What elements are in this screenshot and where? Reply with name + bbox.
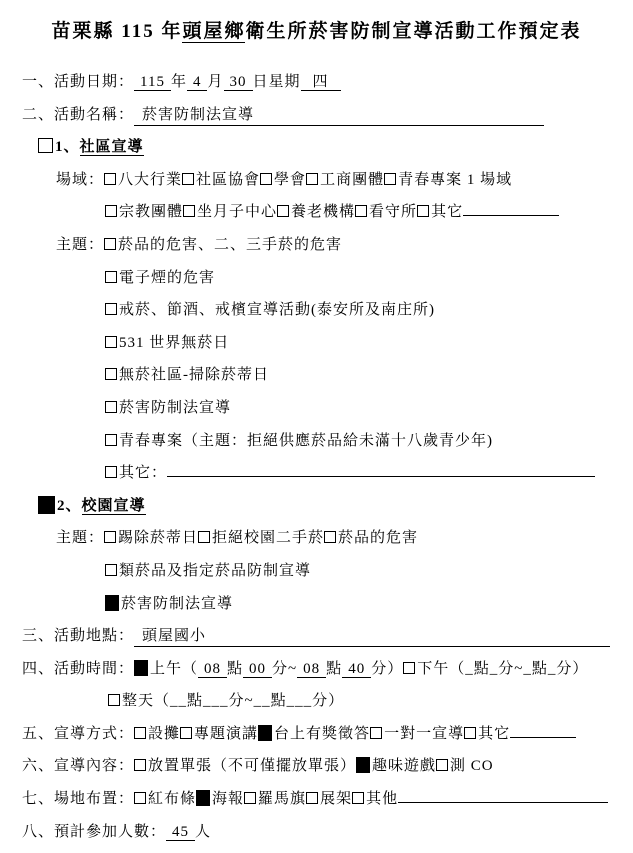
- option-religious-group: 宗教團體: [105, 204, 183, 220]
- option-butt-sweep-day: 無菸社區-掃除菸蒂日: [105, 367, 269, 383]
- community-venue-row1: 場域：八大行業社區協會學會工商團體青春專案 1 場域: [56, 164, 633, 197]
- option-method-other: 其它: [464, 726, 510, 742]
- option-label: 放置單張（不可僅擺放單張）: [148, 758, 356, 774]
- option-label: 青春專案 1 場域: [398, 172, 512, 188]
- morning-end-hour-field[interactable]: 08: [297, 661, 326, 678]
- topic-other-field[interactable]: [167, 462, 595, 477]
- checkbox[interactable]: [258, 725, 272, 741]
- date-year-field[interactable]: 115: [134, 74, 171, 91]
- option-place-other: 其他: [352, 791, 398, 807]
- participants-label: 八、預計參加人數：: [22, 824, 166, 840]
- page-title: 苗栗縣 115 年頭屋鄉衛生所菸害防制宣導活動工作預定表: [0, 0, 633, 66]
- option-label: 趣味遊戲: [372, 758, 436, 774]
- checkbox[interactable]: [355, 205, 367, 217]
- option-tobacco-act-school: 菸害防制法宣導: [105, 596, 233, 612]
- morning-suffix: 分）: [371, 661, 403, 677]
- checkbox[interactable]: [324, 531, 336, 543]
- option-refuse-secondhand: 拒絕校園二手菸: [198, 530, 324, 546]
- checkbox[interactable]: [105, 595, 119, 611]
- morning-checkbox[interactable]: [134, 660, 148, 676]
- option-co-test: 測 CO: [436, 758, 494, 774]
- option-tobacco-harm: 菸品的危害: [324, 530, 418, 546]
- checkbox[interactable]: [105, 205, 117, 217]
- checkbox[interactable]: [104, 238, 116, 250]
- activity-name-field[interactable]: 菸害防制法宣導: [134, 104, 544, 126]
- venue-other-field[interactable]: [463, 201, 559, 216]
- option-youth-project: 青春專案 1 場域: [384, 172, 512, 188]
- option-red-banner: 紅布條: [134, 791, 196, 807]
- checkbox[interactable]: [352, 792, 364, 804]
- community-topic-row-2: 戒菸、節酒、戒檳宣導活動(泰安所及南庄所): [105, 294, 633, 327]
- option-topic-other: 其它：: [105, 465, 167, 481]
- morning-end-min-field[interactable]: 40: [342, 661, 371, 678]
- option-stage-quiz: 台上有獎徵答: [258, 726, 370, 742]
- section-community-heading: 1、社區宣導: [38, 131, 633, 164]
- community-venue-row2: 宗教團體坐月子中心養老機構看守所其它: [105, 196, 633, 229]
- community-number: 1、: [55, 139, 80, 155]
- community-checkbox[interactable]: [38, 138, 53, 153]
- option-lecture: 專題演講: [180, 726, 258, 742]
- time-line: 四、活動時間：上午（08點00分~08點40分）下午（_點_分~_點_分）: [22, 653, 633, 686]
- checkbox[interactable]: [105, 434, 117, 446]
- content-label: 六、宣導內容：: [22, 758, 134, 774]
- option-label: 養老機構: [291, 204, 355, 220]
- option-booth: 設攤: [134, 726, 180, 742]
- content-line: 六、宣導內容：放置單張（不可僅擺放單張）趣味遊戲測 CO: [22, 750, 633, 783]
- option-label: 一對一宣導: [384, 726, 464, 742]
- option-label: 類菸品及指定菸品防制宣導: [119, 563, 311, 579]
- option-society: 學會: [260, 172, 306, 188]
- school-heading-text: 校園宣導: [82, 498, 146, 515]
- school-topic-row-2: 類菸品及指定菸品防制宣導: [105, 555, 633, 588]
- checkbox[interactable]: [198, 531, 210, 543]
- option-label: 宗教團體: [119, 204, 183, 220]
- option-label: 紅布條: [148, 791, 196, 807]
- option-tobacco-harms: 菸品的危害、二、三手菸的危害: [104, 237, 342, 253]
- day-unit: 日星期: [253, 74, 301, 90]
- participants-line: 八、預計參加人數：45人: [22, 816, 633, 849]
- min-tilde: 分~: [272, 661, 297, 677]
- option-label: 菸害防制法宣導: [121, 596, 233, 612]
- activity-name-line: 二、活動名稱：菸害防制法宣導: [22, 99, 633, 132]
- option-venue-other: 其它: [417, 204, 463, 220]
- option-detention: 看守所: [355, 204, 417, 220]
- hour-unit: 點: [326, 661, 342, 677]
- allday-label: 整天（__點___分~__點___分）: [122, 693, 344, 709]
- title-prefix: 苗栗縣 115 年: [52, 21, 183, 42]
- option-label: 學會: [274, 172, 306, 188]
- date-month-field[interactable]: 4: [187, 74, 208, 91]
- option-label: 菸品的危害: [338, 530, 418, 546]
- option-label: 羅馬旗: [258, 791, 306, 807]
- option-business-group: 工商團體: [306, 172, 384, 188]
- school-number: 2、: [57, 498, 82, 514]
- option-label: 測 CO: [450, 758, 494, 774]
- option-label: 工商團體: [320, 172, 384, 188]
- school-topic-row-1: 主題：踢除菸蒂日拒絕校園二手菸菸品的危害: [56, 522, 633, 555]
- checkbox[interactable]: [104, 531, 116, 543]
- option-display-stand: 展架: [306, 791, 352, 807]
- location-label: 三、活動地點：: [22, 628, 134, 644]
- community-topic-row-6: 青春專案（主題：拒絕供應菸品給未滿十八歲青少年): [105, 425, 633, 458]
- checkbox[interactable]: [105, 564, 117, 576]
- afternoon-checkbox[interactable]: [403, 662, 415, 674]
- method-line: 五、宣導方式：設攤專題演講台上有獎徵答一對一宣導其它: [22, 718, 633, 751]
- checkbox[interactable]: [105, 401, 117, 413]
- option-label: 青春專案（主題：拒絕供應菸品給未滿十八歲青少年): [119, 433, 493, 449]
- checkbox[interactable]: [105, 466, 117, 478]
- option-community-assoc: 社區協會: [182, 172, 260, 188]
- allday-checkbox[interactable]: [108, 694, 120, 706]
- option-label: 菸害防制法宣導: [119, 400, 231, 416]
- checkbox[interactable]: [277, 205, 289, 217]
- checkbox[interactable]: [182, 173, 194, 185]
- morning-prefix: 上午（: [150, 661, 198, 677]
- option-youth-theme: 青春專案（主題：拒絕供應菸品給未滿十八歲青少年): [105, 433, 493, 449]
- date-line: 一、活動日期：115年4月30日星期四: [22, 66, 633, 99]
- topic-label: 主題：: [56, 237, 104, 253]
- place-line: 七、場地布置：紅布條海報羅馬旗展架其他: [22, 783, 633, 816]
- checkbox[interactable]: [196, 790, 210, 806]
- method-label: 五、宣導方式：: [22, 726, 134, 742]
- option-label: 戒菸、節酒、戒檳宣導活動(泰安所及南庄所): [119, 302, 435, 318]
- participants-count-field[interactable]: 45: [166, 824, 195, 841]
- venue-label: 場域：: [56, 172, 104, 188]
- checkbox[interactable]: [306, 173, 318, 185]
- option-label: 踢除菸蒂日: [118, 530, 198, 546]
- location-line: 三、活動地點：頭屋國小: [22, 620, 633, 653]
- community-topic-row-3: 531 世界無菸日: [105, 327, 633, 360]
- option-quit-campaign: 戒菸、節酒、戒檳宣導活動(泰安所及南庄所): [105, 302, 435, 318]
- option-ecig-harms: 電子煙的危害: [105, 270, 215, 286]
- option-label: 展架: [320, 791, 352, 807]
- checkbox[interactable]: [306, 792, 318, 804]
- place-label: 七、場地布置：: [22, 791, 134, 807]
- option-novel-tobacco: 類菸品及指定菸品防制宣導: [105, 563, 311, 579]
- participants-unit: 人: [195, 824, 211, 840]
- option-roman-flag: 羅馬旗: [244, 791, 306, 807]
- checkbox[interactable]: [105, 368, 117, 380]
- document-page: 苗栗縣 115 年頭屋鄉衛生所菸害防制宣導活動工作預定表 一、活動日期：115年…: [0, 0, 633, 853]
- option-label: 菸品的危害、二、三手菸的危害: [118, 237, 342, 253]
- option-label: 坐月子中心: [197, 204, 277, 220]
- afternoon-label: 下午（_點_分~_點_分）: [417, 661, 588, 677]
- option-poster: 海報: [196, 791, 244, 807]
- morning-start-min-field[interactable]: 00: [243, 661, 272, 678]
- date-label: 一、活動日期：: [22, 74, 134, 90]
- allday-row: 整天（__點___分~__點___分）: [108, 685, 633, 718]
- checkbox[interactable]: [134, 727, 146, 739]
- option-one-on-one: 一對一宣導: [370, 726, 464, 742]
- community-topic-row-1: 電子煙的危害: [105, 262, 633, 295]
- option-fun-games: 趣味遊戲: [356, 758, 436, 774]
- option-label: 其他: [366, 791, 398, 807]
- hour-unit: 點: [227, 661, 243, 677]
- checkbox[interactable]: [370, 727, 382, 739]
- month-unit: 月: [207, 74, 223, 90]
- option-kick-butts-day: 踢除菸蒂日: [104, 530, 198, 546]
- checkbox[interactable]: [134, 792, 146, 804]
- title-township: 頭屋鄉: [182, 21, 245, 43]
- location-field[interactable]: 頭屋國小: [134, 625, 610, 647]
- school-checkbox[interactable]: [38, 496, 55, 514]
- option-label: 其它：: [119, 465, 167, 481]
- option-label: 台上有獎徵答: [274, 726, 370, 742]
- option-label: 社區協會: [196, 172, 260, 188]
- community-heading-text: 社區宣導: [80, 139, 144, 156]
- checkbox[interactable]: [105, 336, 117, 348]
- option-label: 設攤: [148, 726, 180, 742]
- option-elder-care: 養老機構: [277, 204, 355, 220]
- community-topic-row-7: 其它：: [105, 457, 633, 490]
- community-topic-row-0: 主題：菸品的危害、二、三手菸的危害: [56, 229, 633, 262]
- option-tobacco-act: 菸害防制法宣導: [105, 400, 231, 416]
- checkbox[interactable]: [180, 727, 192, 739]
- option-label: 拒絕校園二手菸: [212, 530, 324, 546]
- community-topic-row-4: 無菸社區-掃除菸蒂日: [105, 359, 633, 392]
- checkbox[interactable]: [134, 759, 146, 771]
- community-topic-row-5: 菸害防制法宣導: [105, 392, 633, 425]
- option-label: 其它: [478, 726, 510, 742]
- section-school-heading: 2、校園宣導: [38, 490, 633, 523]
- date-day-field[interactable]: 30: [224, 74, 253, 91]
- checkbox[interactable]: [183, 205, 195, 217]
- option-label: 其它: [431, 204, 463, 220]
- date-weekday-field[interactable]: 四: [301, 74, 341, 91]
- option-label: 專題演講: [194, 726, 258, 742]
- checkbox[interactable]: [244, 792, 256, 804]
- checkbox[interactable]: [417, 205, 429, 217]
- option-label: 電子煙的危害: [119, 270, 215, 286]
- year-unit: 年: [171, 74, 187, 90]
- checkbox[interactable]: [105, 271, 117, 283]
- morning-start-hour-field[interactable]: 08: [198, 661, 227, 678]
- option-label: 看守所: [369, 204, 417, 220]
- method-other-field[interactable]: [510, 723, 576, 738]
- place-other-field[interactable]: [398, 788, 608, 803]
- checkbox[interactable]: [384, 173, 396, 185]
- option-label: 八大行業: [118, 172, 182, 188]
- activity-name-label: 二、活動名稱：: [22, 107, 134, 123]
- option-postpartum-center: 坐月子中心: [183, 204, 277, 220]
- checkbox[interactable]: [436, 759, 448, 771]
- option-531-no-tobacco-day: 531 世界無菸日: [105, 335, 229, 351]
- option-label: 海報: [212, 791, 244, 807]
- option-flyers: 放置單張（不可僅擺放單張）: [134, 758, 356, 774]
- option-label: 無菸社區-掃除菸蒂日: [119, 367, 269, 383]
- checkbox[interactable]: [356, 757, 370, 773]
- checkbox[interactable]: [105, 303, 117, 315]
- checkbox[interactable]: [464, 727, 476, 739]
- checkbox[interactable]: [260, 173, 272, 185]
- topic-label: 主題：: [56, 530, 104, 546]
- option-eight-industries: 八大行業: [104, 172, 182, 188]
- title-suffix: 衛生所菸害防制宣導活動工作預定表: [245, 21, 581, 42]
- time-label: 四、活動時間：: [22, 661, 134, 677]
- option-label: 531 世界無菸日: [119, 335, 229, 351]
- school-topic-row-3: 菸害防制法宣導: [105, 588, 633, 621]
- checkbox[interactable]: [104, 173, 116, 185]
